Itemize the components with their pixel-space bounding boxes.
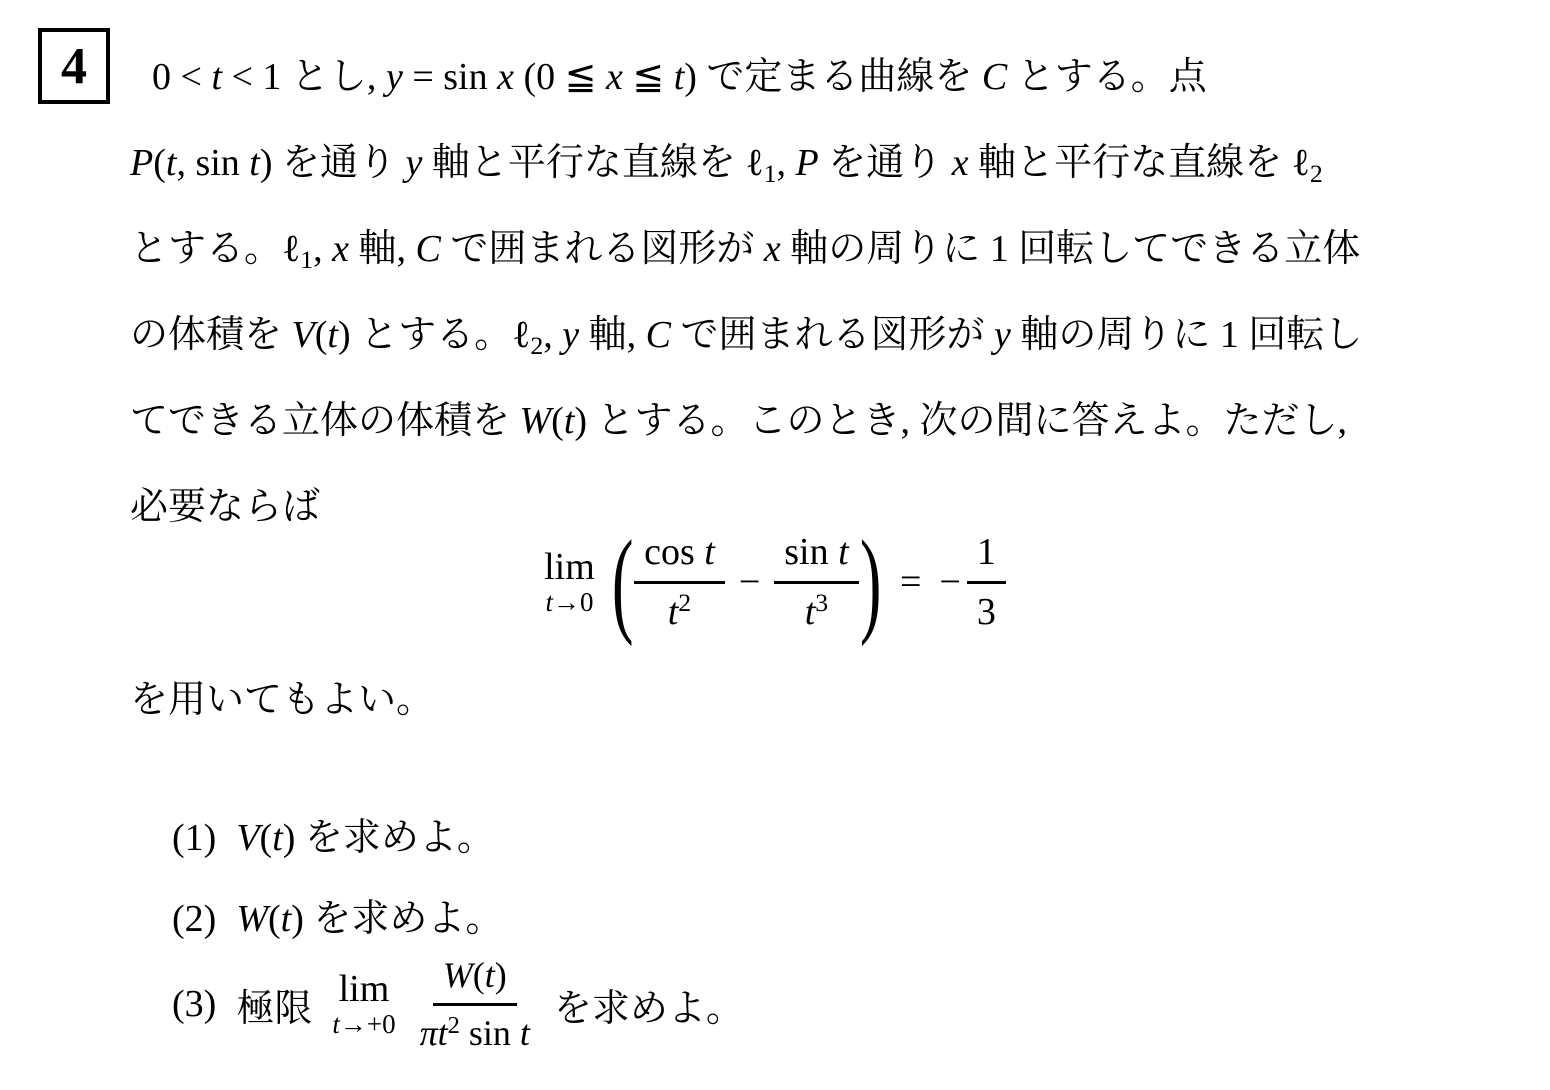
fraction-sin-numerator: sin t [774, 529, 858, 584]
question-3-lim-word: lim [339, 970, 390, 1008]
question-3-fraction-denominator: πt2 sin t [410, 1006, 540, 1055]
fraction-cos-denominator: t2 [658, 584, 701, 636]
open-paren: ( [612, 523, 634, 641]
question-1: (1)V(t) を求めよ。 [172, 806, 495, 861]
problem-number: 4 [61, 37, 87, 96]
equals-sign: = [900, 560, 921, 604]
question-1-body: V(t) を求めよ。 [236, 817, 495, 859]
problem-statement: 0 < t < 1 とし, y = sin x (0 ≦ x ≦ t) で定まる… [130, 34, 1470, 550]
question-3-label: (3) [172, 982, 216, 1026]
problem-number-box: 4 [38, 28, 110, 104]
question-1-label: (1) [172, 817, 216, 859]
fraction-cos: cos t t2 [634, 529, 725, 635]
fraction-sin: sin t t3 [774, 529, 858, 635]
fraction-one-third: 1 3 [967, 529, 1006, 635]
question-3-pre-text: 極限 [236, 977, 312, 1032]
statement-line-4: の体積を V(t) とする。ℓ2, y 軸, C で囲まれる図形が y 軸の周り… [130, 292, 1470, 378]
question-3: (3) 極限 lim t→+0 W(t) πt2 sin t を求めよ。 [172, 936, 744, 1072]
fraction-cos-numerator: cos t [634, 529, 725, 584]
negative-sign: − [939, 560, 960, 604]
question-3-fraction: W(t) πt2 sin t [410, 953, 540, 1055]
minus-operator: − [739, 560, 760, 604]
fraction-sin-denominator: t3 [795, 584, 838, 636]
statement-line-1: 0 < t < 1 とし, y = sin x (0 ≦ x ≦ t) で定まる… [130, 34, 1470, 120]
statement-line-3: とする。ℓ1, x 軸, C で囲まれる図形が x 軸の周りに 1 回転してでき… [130, 206, 1470, 292]
limit-hint-equation: lim t→0 ( cos t t2 − sin t t3 ) = − 1 3 [0, 502, 1550, 662]
question-2: (2)W(t) を求めよ。 [172, 887, 503, 942]
limit-operator: lim t→0 [544, 548, 595, 616]
after-equation-text: を用いてもよい。 [130, 668, 434, 723]
statement-line-5: てできる立体の体積を W(t) とする。このとき, 次の間に答えよ。ただし, [130, 378, 1470, 464]
question-3-post-text: を求めよ。 [554, 977, 744, 1032]
fraction-one-third-numerator: 1 [967, 529, 1006, 584]
question-3-limit-operator: lim t→+0 [332, 970, 395, 1038]
question-2-body: W(t) を求めよ。 [236, 898, 503, 940]
question-3-lim-subscript: t→+0 [332, 1011, 395, 1038]
lim-word: lim [544, 548, 595, 586]
fraction-one-third-denominator: 3 [967, 584, 1006, 636]
question-2-label: (2) [172, 898, 216, 940]
statement-line-2: P(t, sin t) を通り y 軸と平行な直線を ℓ1, P を通り x 軸… [130, 120, 1470, 206]
question-3-fraction-numerator: W(t) [433, 953, 517, 1005]
problem-page: 4 0 < t < 1 とし, y = sin x (0 ≦ x ≦ t) で定… [0, 0, 1550, 1090]
close-paren: ) [860, 523, 882, 641]
lim-subscript: t→0 [545, 589, 593, 616]
